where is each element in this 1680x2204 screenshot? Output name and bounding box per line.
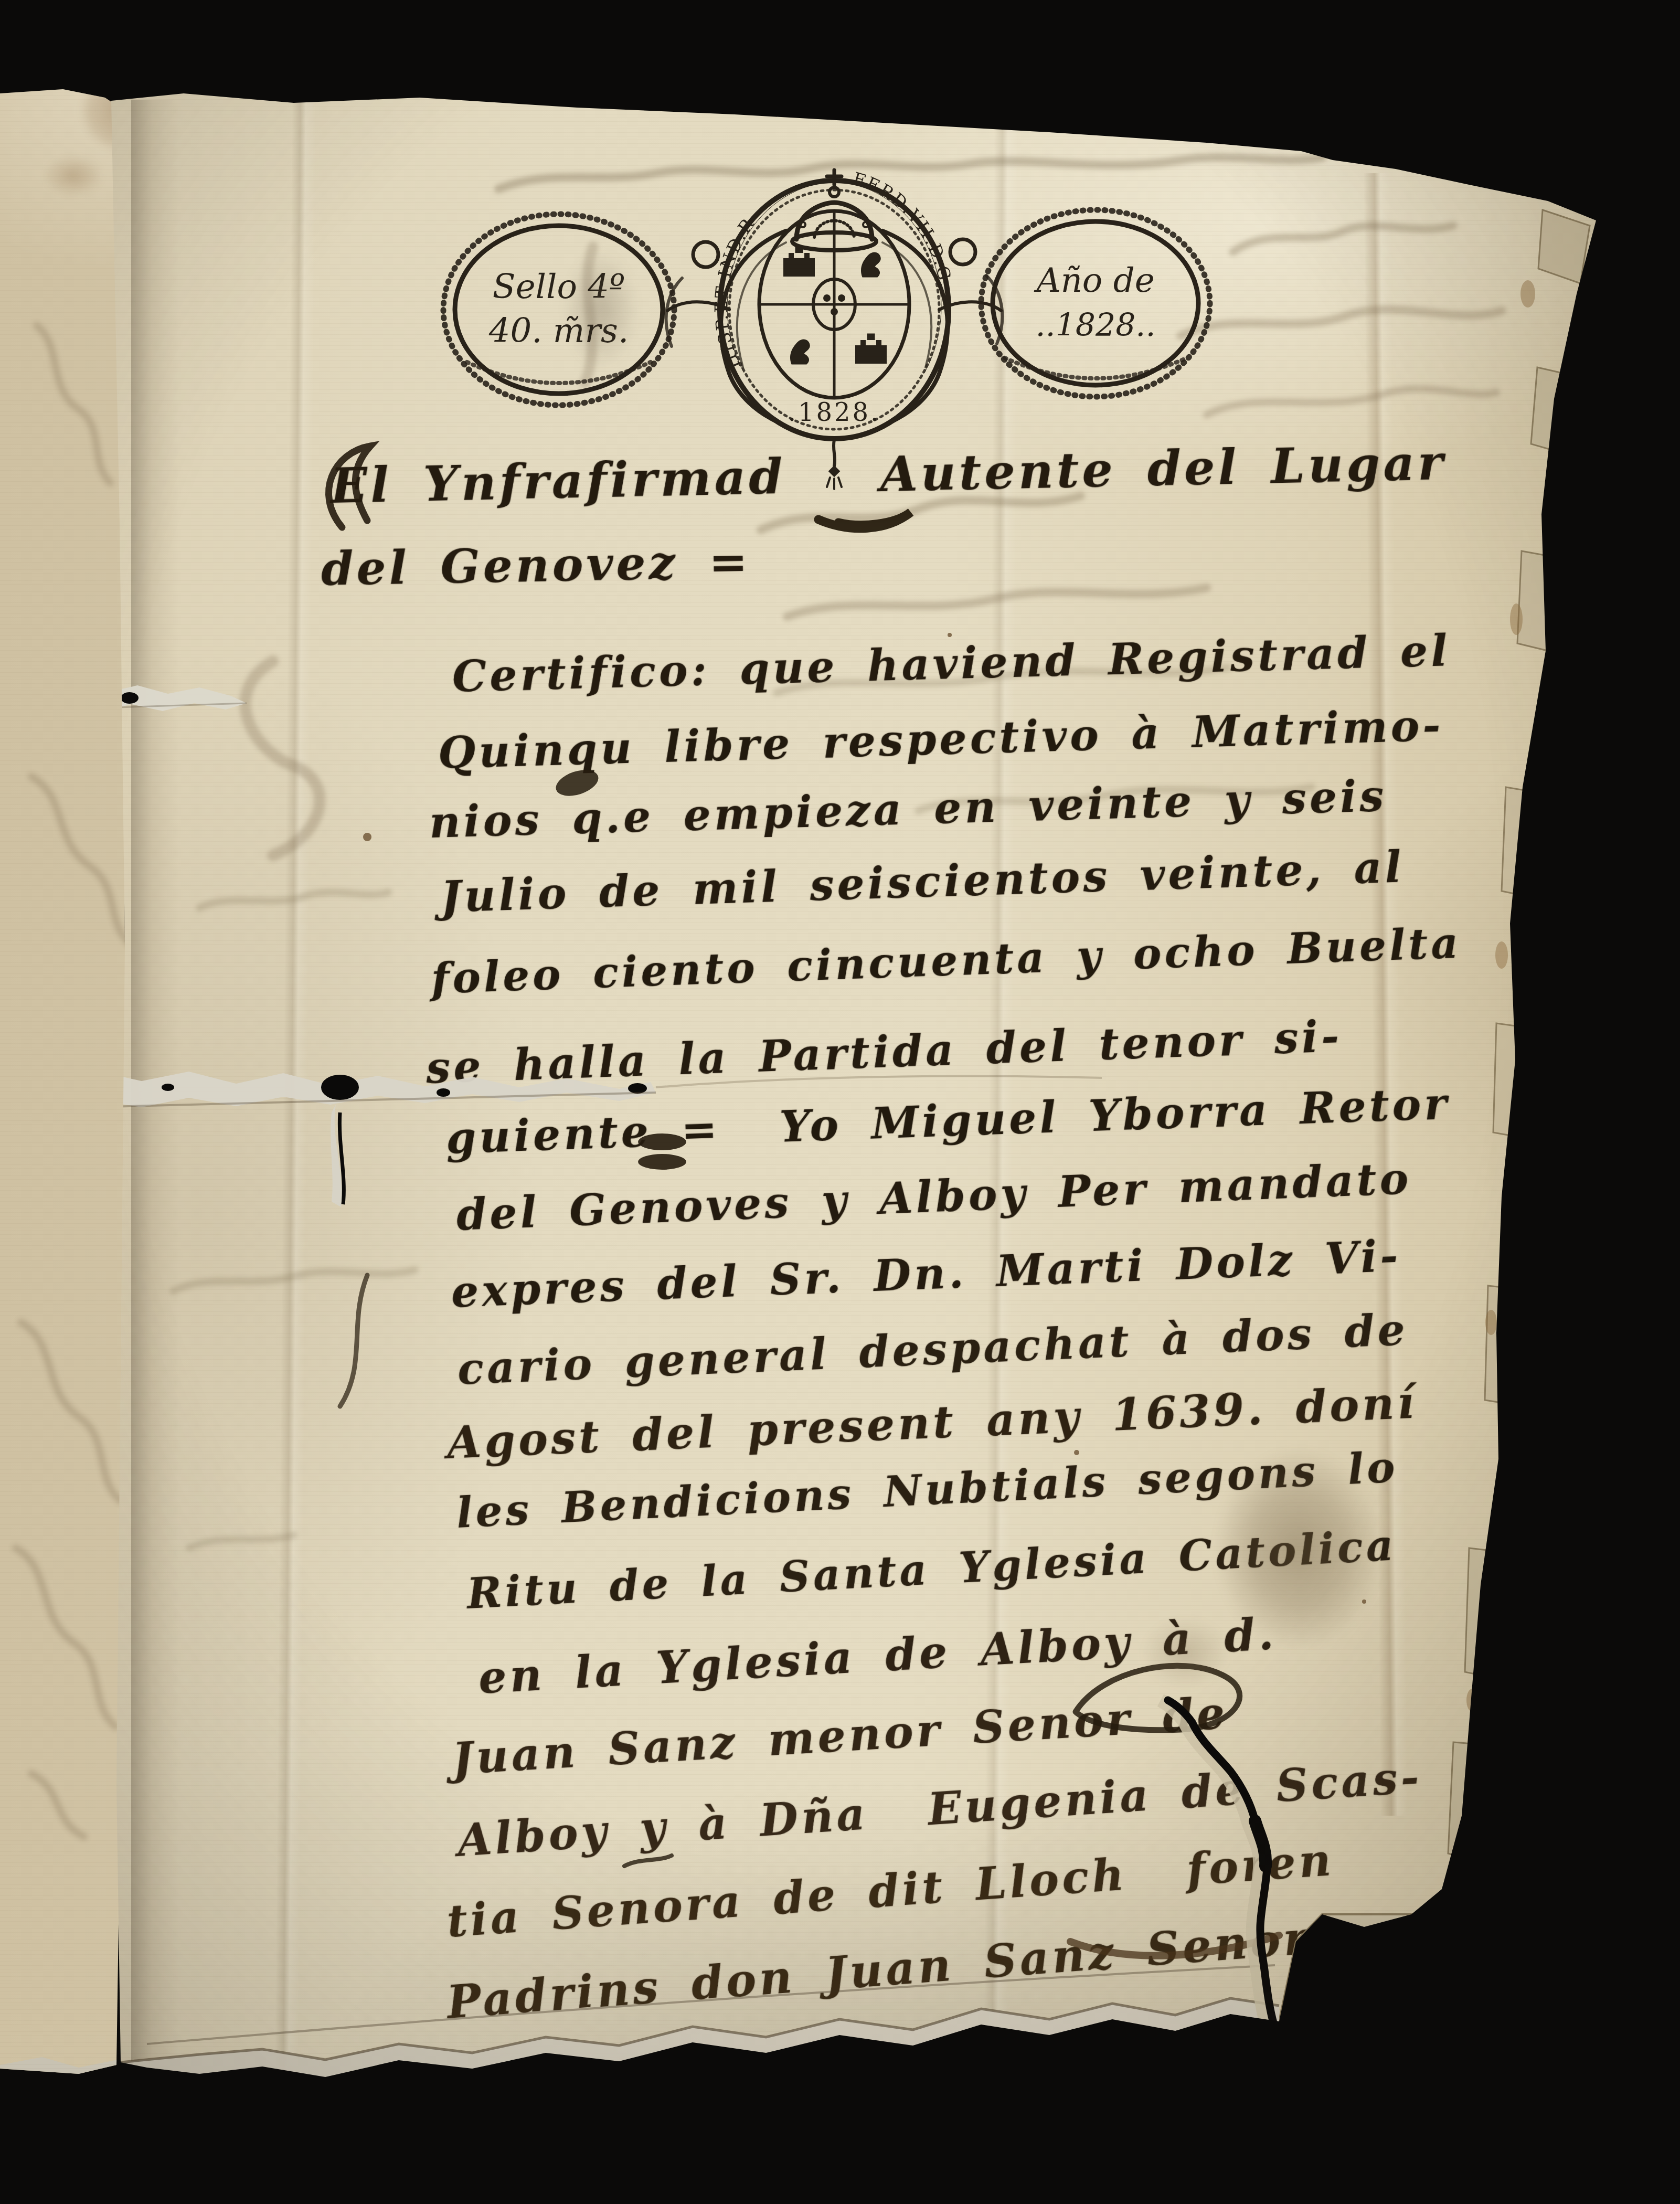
document-page: Sello 4º 40. m̃rs. Año de ..1828.. xyxy=(0,0,1680,2204)
left-sheet-torn-lip xyxy=(0,2047,136,2110)
ink-stain xyxy=(31,147,115,205)
photo-of-1828-document: Sello 4º 40. m̃rs. Año de ..1828.. xyxy=(0,0,1680,2204)
lighting-vignette xyxy=(0,0,1680,2204)
